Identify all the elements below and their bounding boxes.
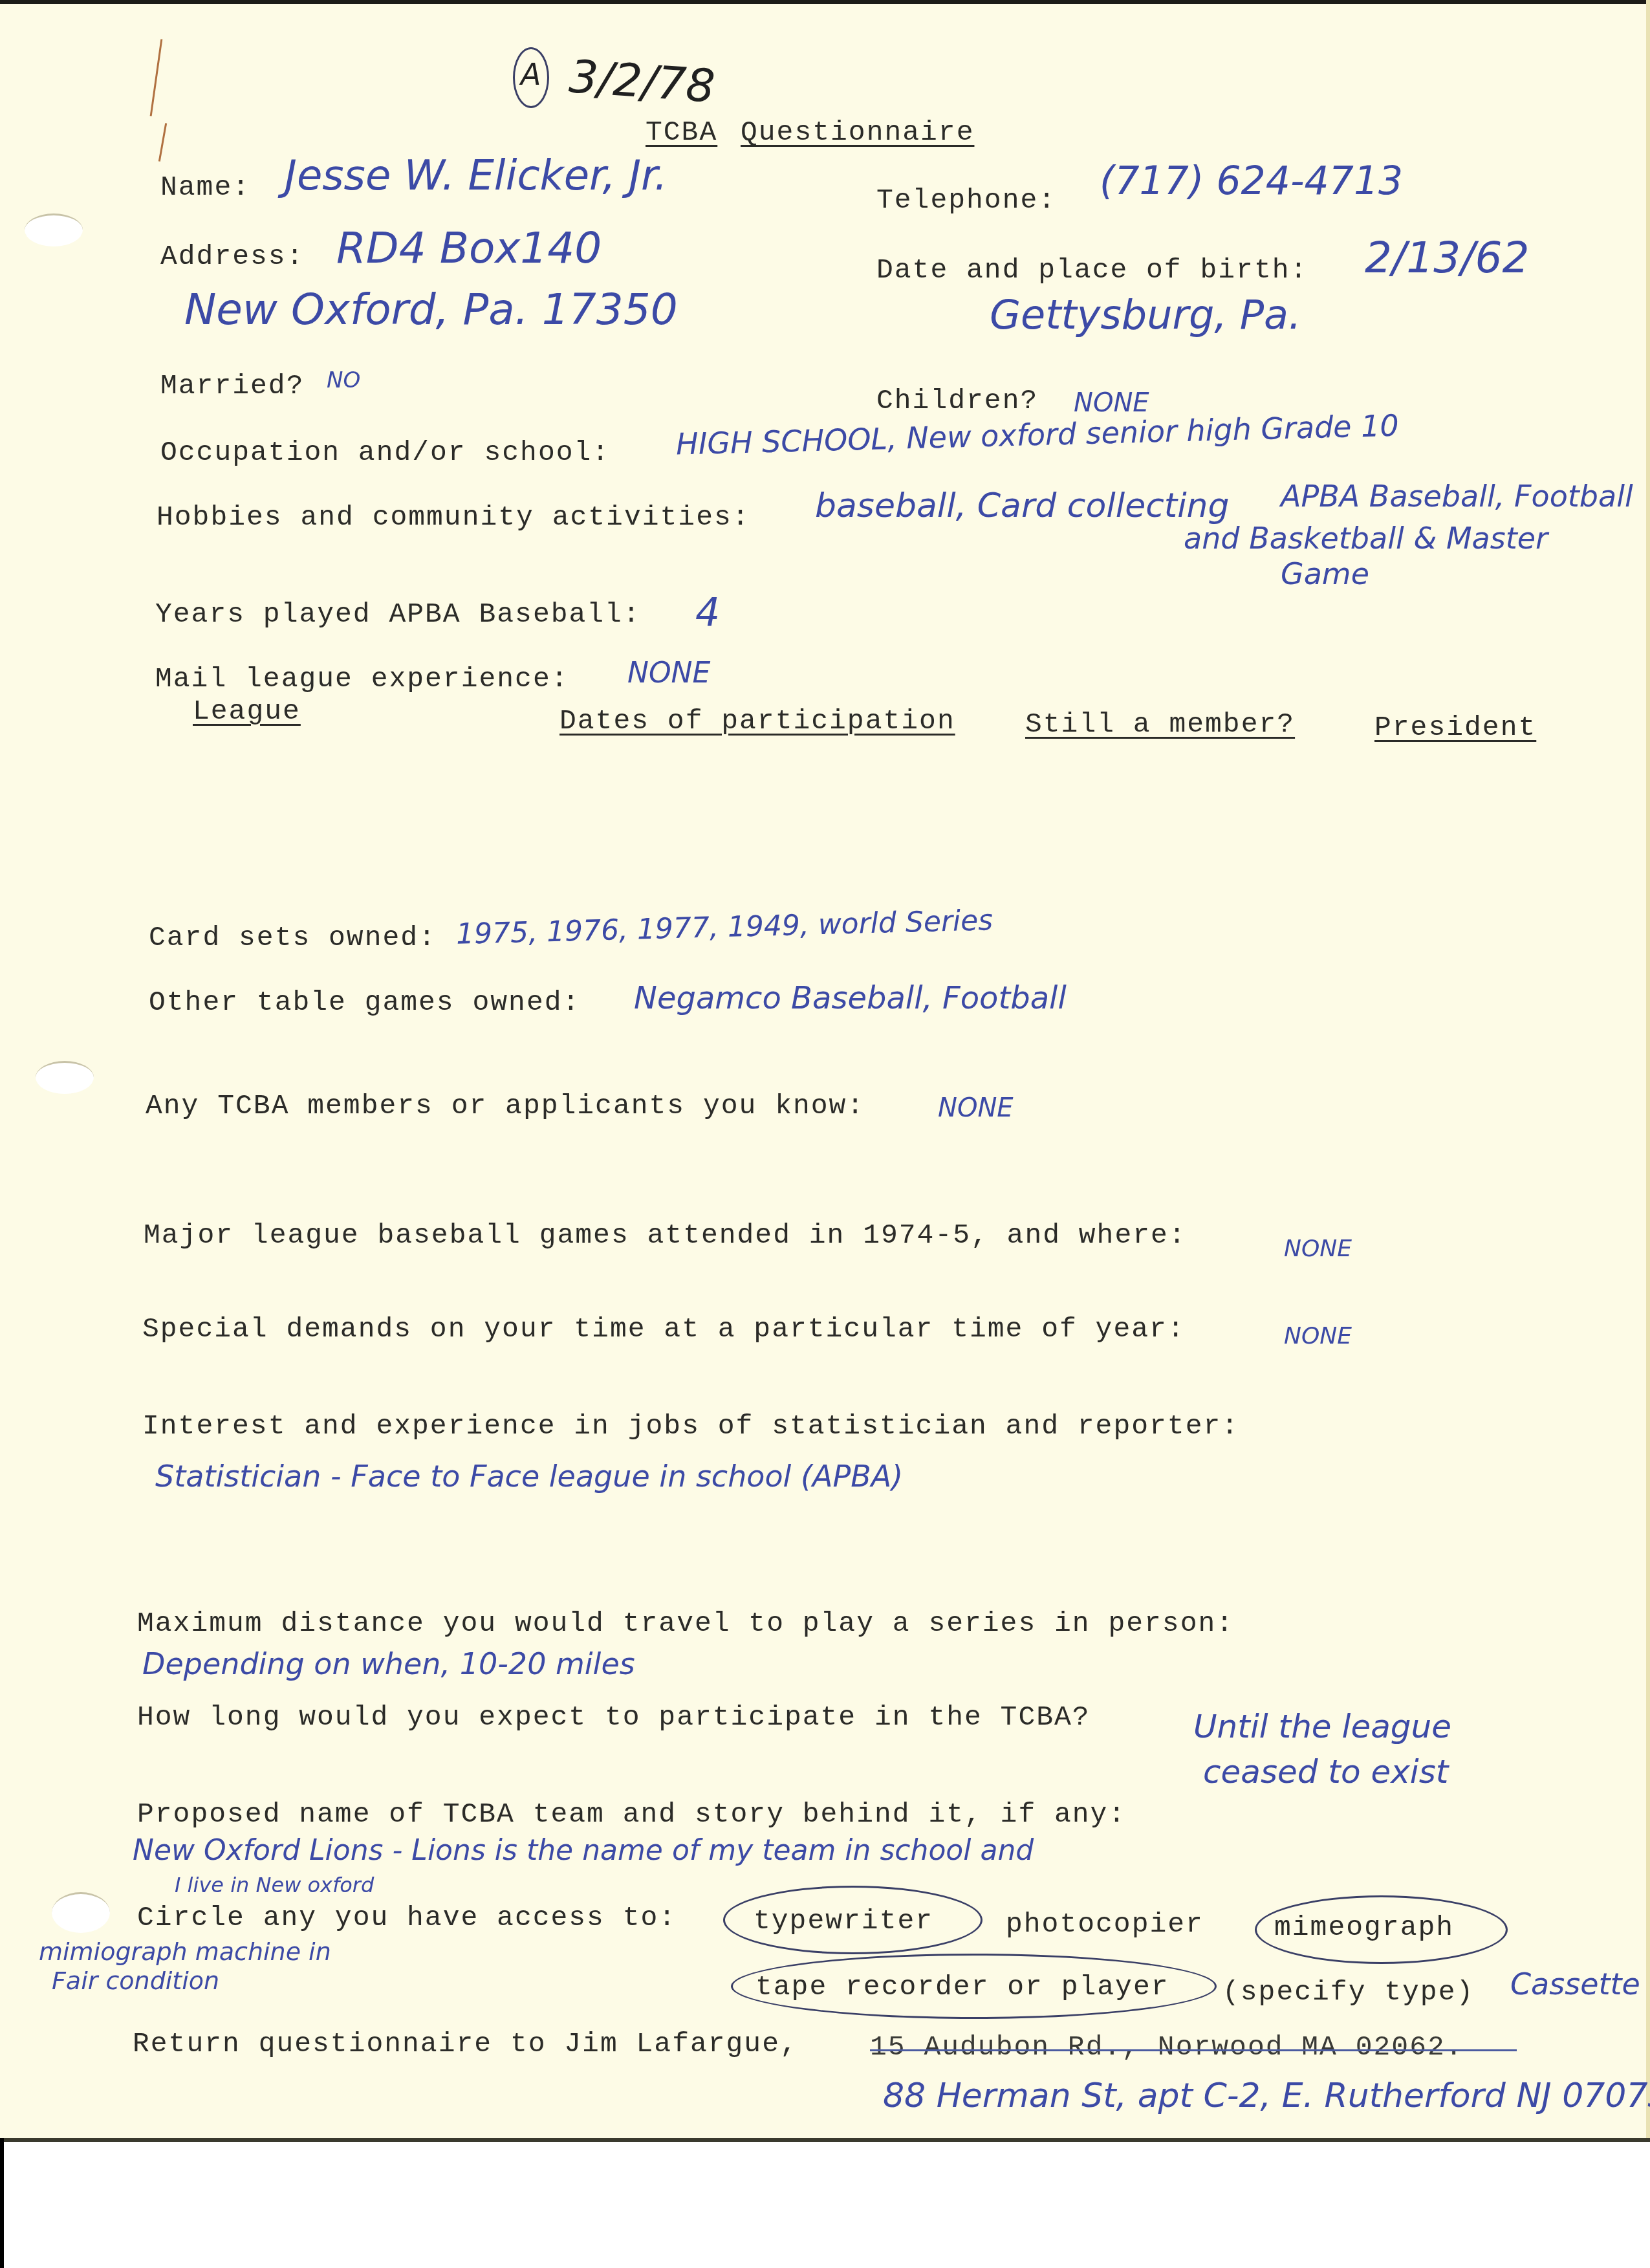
margin-note-2: Fair condition <box>52 1967 219 1995</box>
other-games-value: Negamco Baseball, Football <box>634 980 1067 1016</box>
page-edge <box>1646 0 1650 2138</box>
access-option-typewriter: typewriter <box>754 1905 933 1937</box>
married-value: NO <box>327 367 360 393</box>
married-label: Married? <box>160 370 304 402</box>
how-long-label: How long would you expect to participate… <box>137 1701 1091 1733</box>
telephone-value: (717) 624-4713 <box>1100 158 1403 204</box>
old-address-strikethrough <box>870 2049 1517 2051</box>
president-header: President <box>1374 712 1536 743</box>
how-long-value-1: Until the league <box>1193 1708 1451 1745</box>
interest-value: Statistician - Face to Face league in sc… <box>155 1459 903 1494</box>
children-label: Children? <box>876 385 1038 417</box>
occupation-label: Occupation and/or school: <box>160 437 610 468</box>
special-demands-label: Special demands on your time at a partic… <box>142 1313 1186 1345</box>
binder-hole-top <box>25 213 83 246</box>
form-title-tcba: TCBA <box>646 116 717 148</box>
name-label: Name: <box>160 171 250 203</box>
hobbies-label: Hobbies and community activities: <box>157 501 750 533</box>
access-option-mimeograph: mimeograph <box>1274 1912 1454 1943</box>
team-name-label: Proposed name of TCBA team and story beh… <box>137 1798 1126 1830</box>
birth-date: 2/13/62 <box>1365 233 1529 283</box>
hobbies-value-1: baseball, Card collecting <box>815 486 1230 525</box>
telephone-label: Telephone: <box>876 184 1056 216</box>
birth-place: Gettysburg, Pa. <box>990 291 1301 338</box>
hobbies-value-3: and Basketball & Master <box>1184 521 1548 556</box>
binder-hole-middle <box>36 1061 94 1094</box>
address-label: Address: <box>160 241 304 272</box>
specify-type-value: Cassette <box>1510 1967 1640 2001</box>
tcba-members-label: Any TCBA members or applicants you know: <box>146 1090 865 1122</box>
return-new-address: 88 Herman St, apt C-2, E. Rutherford NJ … <box>883 2077 1650 2115</box>
specify-type-label: (specify type) <box>1222 1976 1474 2008</box>
years-played-value: 4 <box>695 590 720 635</box>
hobbies-value-4: Game <box>1281 556 1369 591</box>
form-title: Questionnaire <box>741 116 974 148</box>
max-distance-value: Depending on when, 10-20 miles <box>142 1646 635 1681</box>
mail-league-value: NONE <box>627 657 710 690</box>
tcba-members-value: NONE <box>938 1093 1014 1123</box>
access-label: Circle any you have access to: <box>137 1902 677 1934</box>
other-games-label: Other table games owned: <box>149 987 580 1018</box>
how-long-value-2: ceased to exist <box>1203 1753 1448 1791</box>
access-option-tape-recorder: tape recorder or player <box>755 1971 1169 2003</box>
annotation-date: 3/2/78 <box>567 50 716 113</box>
special-demands-value: NONE <box>1284 1323 1352 1349</box>
years-played-label: Years played APBA Baseball: <box>155 598 641 630</box>
still-member-header: Still a member? <box>1025 708 1295 740</box>
interest-label: Interest and experience in jobs of stati… <box>142 1410 1239 1442</box>
annotation-letter: A <box>521 57 541 92</box>
birth-label: Date and place of birth: <box>876 254 1308 286</box>
team-name-value-1: New Oxford Lions - Lions is the name of … <box>133 1834 1034 1867</box>
access-option-photocopier: photocopier <box>1006 1908 1204 1940</box>
hobbies-value-2: APBA Baseball, Football <box>1281 479 1633 514</box>
scan-border <box>0 2138 4 2268</box>
address-line1: RD4 Box140 <box>336 223 602 273</box>
margin-note-1: mimiograph machine in <box>39 1937 331 1966</box>
mail-league-label: Mail league experience: <box>155 663 569 695</box>
max-distance-label: Maximum distance you would travel to pla… <box>137 1608 1234 1639</box>
name-value: Jesse W. Elicker, Jr. <box>285 152 668 200</box>
league-header: League <box>193 695 301 727</box>
team-name-value-2: I live in New oxford <box>175 1873 374 1897</box>
games-attended-label: Major league baseball games attended in … <box>144 1219 1187 1251</box>
return-label: Return questionnaire to Jim Lafargue, <box>133 2028 798 2060</box>
children-value: NONE <box>1074 388 1149 418</box>
dates-header: Dates of participation <box>559 705 955 737</box>
binder-hole-bottom <box>52 1892 110 1933</box>
return-old-address: 15 Audubon Rd., Norwood MA 02062. <box>870 2031 1464 2063</box>
card-sets-label: Card sets owned: <box>149 922 437 954</box>
games-attended-value: NONE <box>1284 1236 1352 1262</box>
address-line2: New Oxford, Pa. 17350 <box>184 285 678 334</box>
